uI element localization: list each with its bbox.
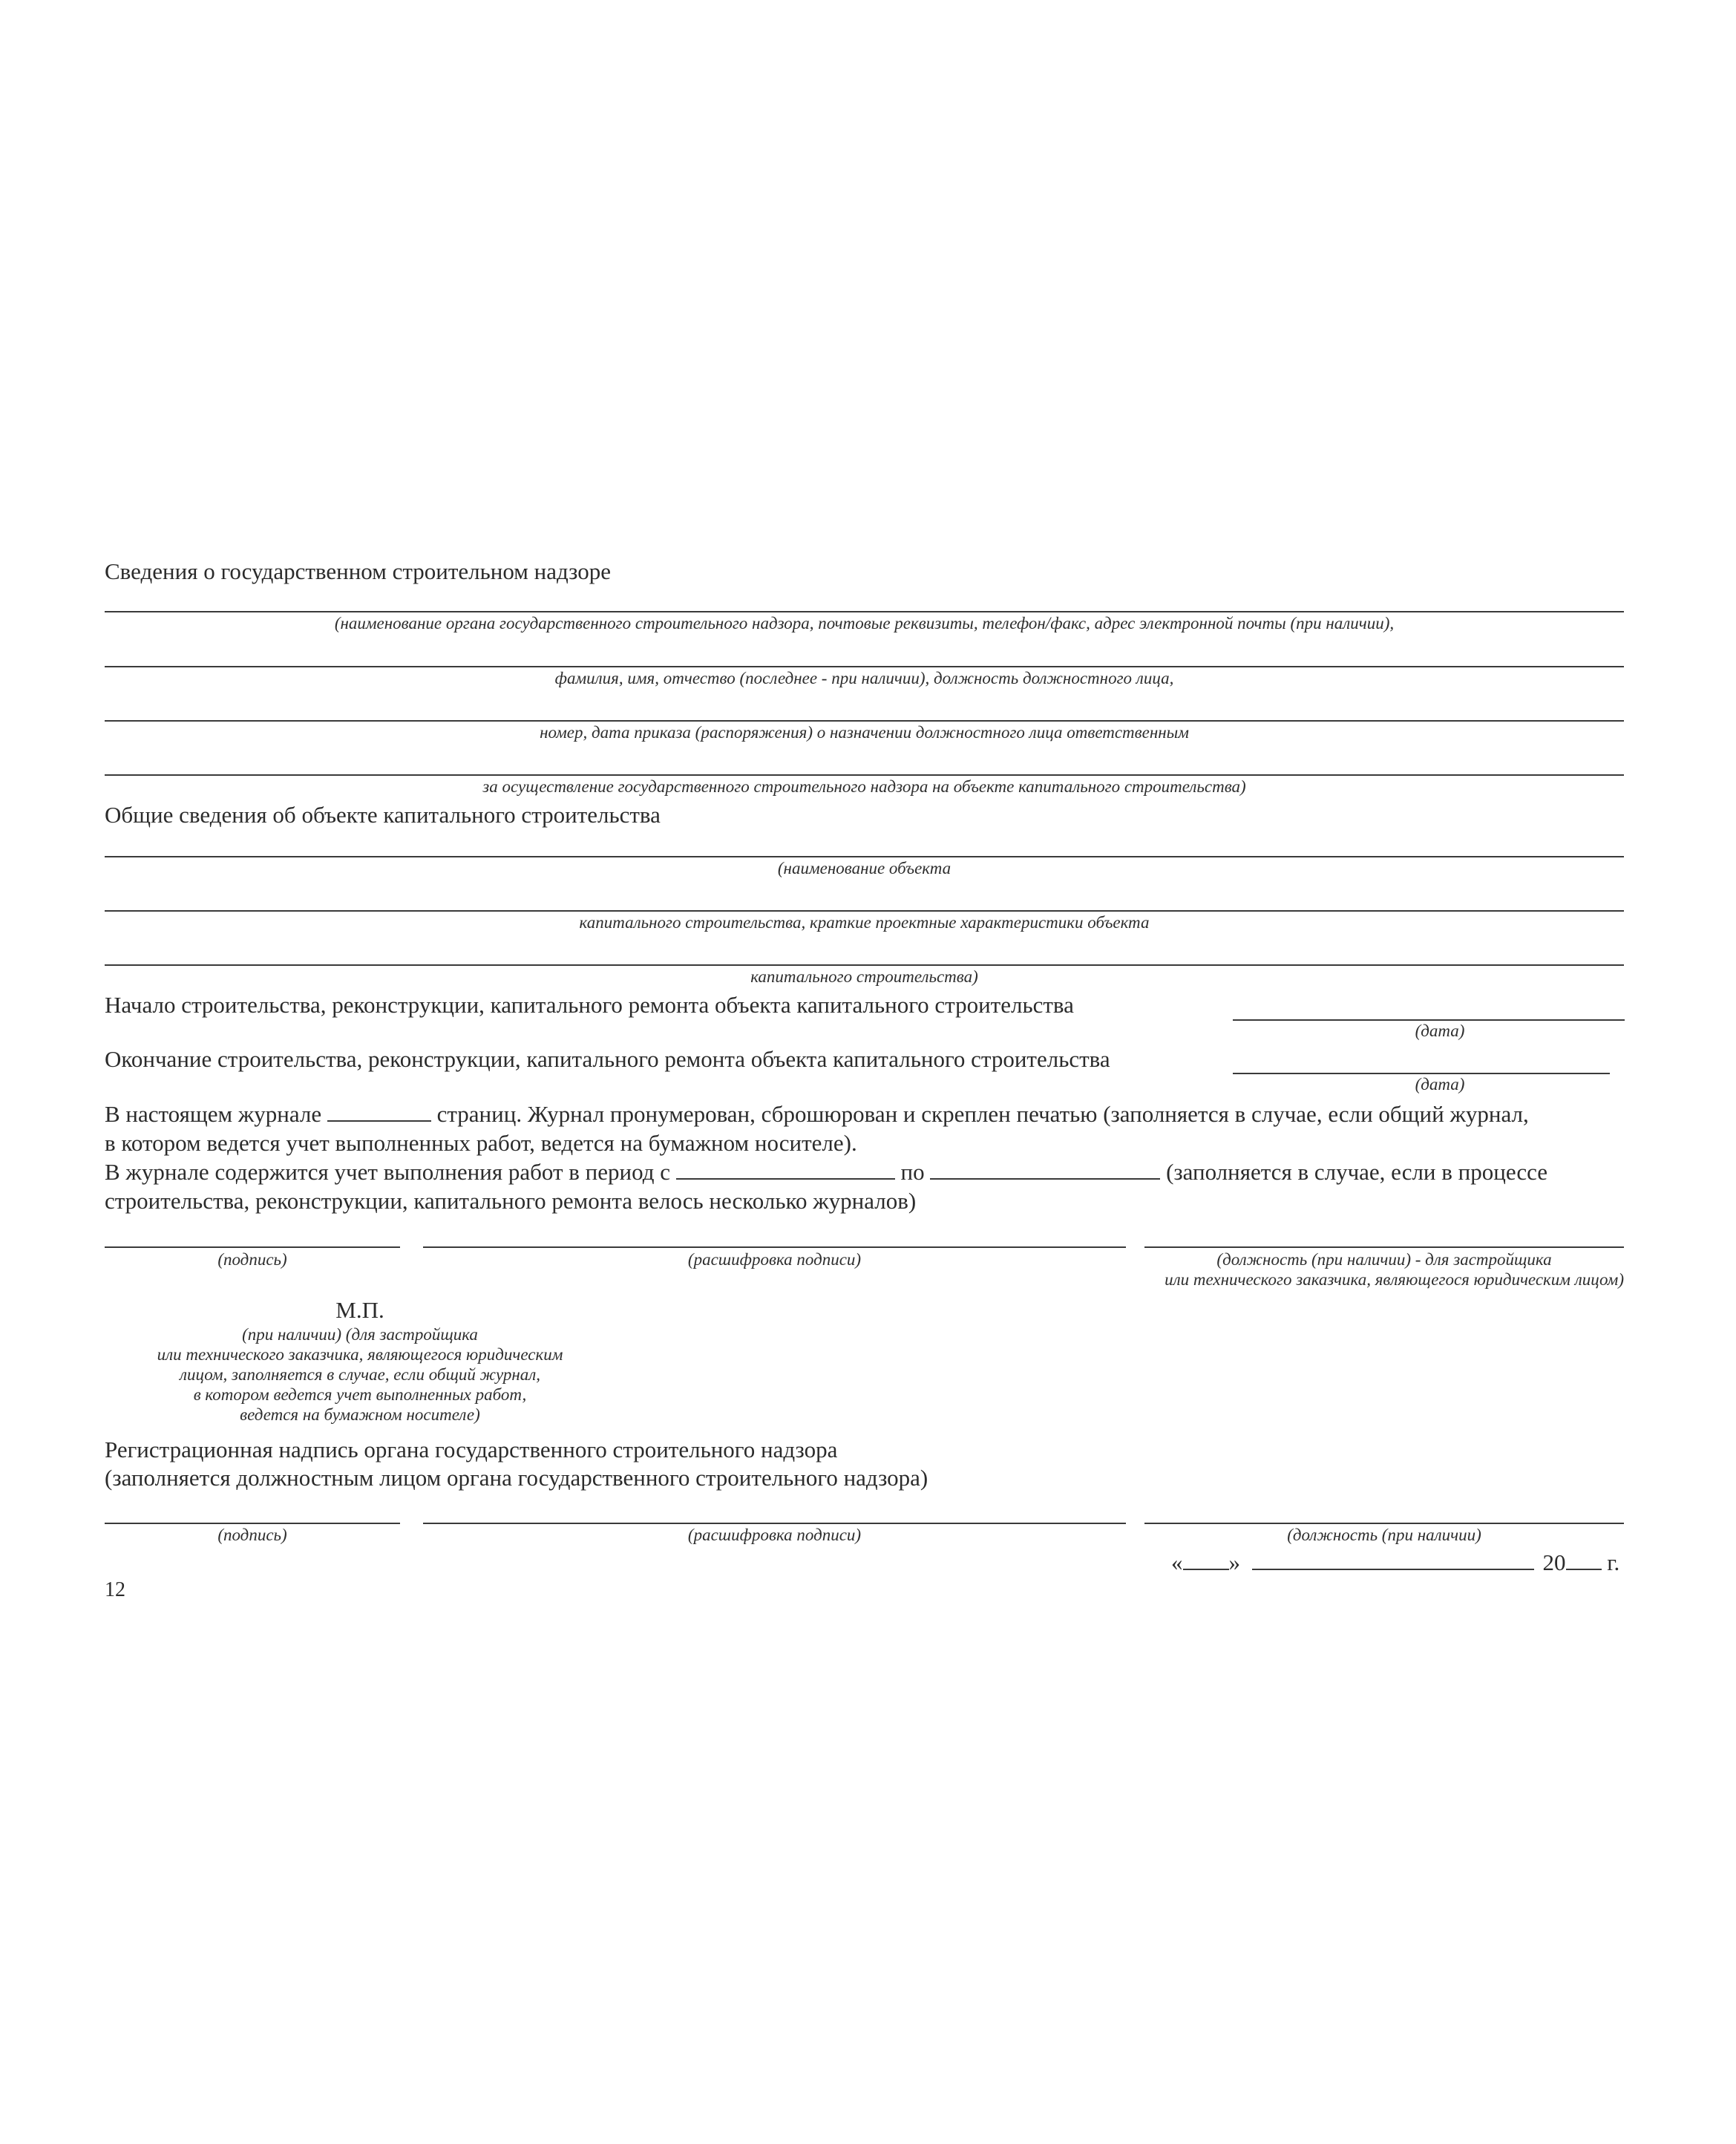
journal-pages-suffix: страниц. Журнал пронумерован, сброшюрова… bbox=[437, 1101, 1529, 1127]
stamp-note-4: в котором ведется учет выполненных работ… bbox=[104, 1385, 616, 1405]
journal-pages-line-2: в котором ведется учет выполненных работ… bbox=[105, 1130, 857, 1157]
end-date-caption: (дата) bbox=[1336, 1074, 1544, 1095]
signature-2-field[interactable] bbox=[105, 1523, 400, 1524]
start-date-label: Начало строительства, реконструкции, кап… bbox=[105, 992, 1074, 1019]
object-characteristics-field[interactable] bbox=[105, 910, 1624, 912]
signature-1-field[interactable] bbox=[105, 1246, 400, 1248]
supervision-caption-2: фамилия, имя, отчество (последнее - при … bbox=[105, 668, 1624, 689]
supervision-title: Сведения о государственном строительном … bbox=[105, 558, 611, 585]
journal-period-suffix: (заполняется в случае, если в процессе bbox=[1166, 1159, 1547, 1185]
object-caption-3: капитального строительства) bbox=[105, 967, 1624, 987]
journal-period-prefix: В журнале содержится учет выполнения раб… bbox=[105, 1159, 670, 1185]
object-caption-1: (наименование объекта bbox=[105, 858, 1624, 879]
signature-2-decoding-field[interactable] bbox=[423, 1523, 1126, 1524]
signature-1-position-caption-1: (должность (при наличии) - для застройщи… bbox=[1144, 1249, 1624, 1270]
stamp-note-2: или технического заказчика, являющегося … bbox=[104, 1344, 616, 1365]
journal-period-from-field[interactable] bbox=[676, 1159, 895, 1180]
object-name-field[interactable] bbox=[105, 856, 1624, 857]
object-caption-2: капитального строительства, краткие прое… bbox=[105, 912, 1624, 933]
date-open-quote: « bbox=[1171, 1549, 1183, 1575]
supervision-order-field[interactable] bbox=[105, 720, 1624, 722]
date-year-suffix: г. bbox=[1607, 1549, 1619, 1575]
supervision-caption-1: (наименование органа государственного ст… bbox=[105, 613, 1624, 634]
date-month-field[interactable] bbox=[1252, 1549, 1534, 1570]
supervision-caption-4: за осуществление государственного строит… bbox=[105, 777, 1624, 797]
signature-2-position-field[interactable] bbox=[1144, 1523, 1624, 1524]
object-title: Общие сведения об объекте капитального с… bbox=[105, 802, 661, 828]
supervision-responsibility-field[interactable] bbox=[105, 774, 1624, 776]
start-date-caption: (дата) bbox=[1336, 1021, 1544, 1042]
stamp-note-5: ведется на бумажном носителе) bbox=[104, 1405, 616, 1425]
stamp-label: М.П. bbox=[327, 1297, 393, 1324]
signature-2-position-caption: (должность (при наличии) bbox=[1144, 1525, 1624, 1546]
signature-2-decoding-caption: (расшифровка подписи) bbox=[423, 1525, 1126, 1546]
signature-1-decoding-field[interactable] bbox=[423, 1246, 1126, 1248]
registration-title: Регистрационная надпись органа государст… bbox=[105, 1437, 837, 1463]
signature-2-caption: (подпись) bbox=[105, 1525, 400, 1546]
page-number: 12 bbox=[105, 1577, 125, 1604]
date-year-prefix: 20 bbox=[1543, 1549, 1566, 1575]
journal-pages-prefix: В настоящем журнале bbox=[105, 1101, 321, 1127]
signature-1-position-caption-2: или технического заказчика, являющегося … bbox=[1098, 1269, 1624, 1290]
signature-1-position-field[interactable] bbox=[1144, 1246, 1624, 1248]
journal-period-middle: по bbox=[900, 1159, 924, 1185]
supervision-official-field[interactable] bbox=[105, 666, 1624, 667]
object-characteristics-field-2[interactable] bbox=[105, 964, 1624, 966]
journal-period-line: В журнале содержится учет выполнения раб… bbox=[105, 1159, 1547, 1186]
signature-1-decoding-caption: (расшифровка подписи) bbox=[423, 1249, 1126, 1270]
date-line: «» 20 г. bbox=[1171, 1549, 1619, 1576]
stamp-note-1: (при наличии) (для застройщика bbox=[104, 1324, 616, 1345]
date-close-quote: » bbox=[1229, 1549, 1241, 1575]
supervision-caption-3: номер, дата приказа (распоряжения) о наз… bbox=[105, 722, 1624, 743]
journal-pages-count-field[interactable] bbox=[327, 1101, 431, 1122]
date-day-field[interactable] bbox=[1183, 1549, 1229, 1570]
journal-period-line-2: строительства, реконструкции, капитально… bbox=[105, 1188, 916, 1215]
signature-1-caption: (подпись) bbox=[105, 1249, 400, 1270]
end-date-label: Окончание строительства, реконструкции, … bbox=[105, 1046, 1110, 1073]
registration-subtitle: (заполняется должностным лицом органа го… bbox=[105, 1465, 928, 1491]
supervision-authority-field[interactable] bbox=[105, 611, 1624, 612]
journal-period-to-field[interactable] bbox=[930, 1159, 1160, 1180]
date-year-field[interactable] bbox=[1566, 1549, 1602, 1570]
journal-pages-line: В настоящем журнале страниц. Журнал прон… bbox=[105, 1101, 1529, 1128]
stamp-note-3: лицом, заполняется в случае, если общий … bbox=[104, 1364, 616, 1385]
